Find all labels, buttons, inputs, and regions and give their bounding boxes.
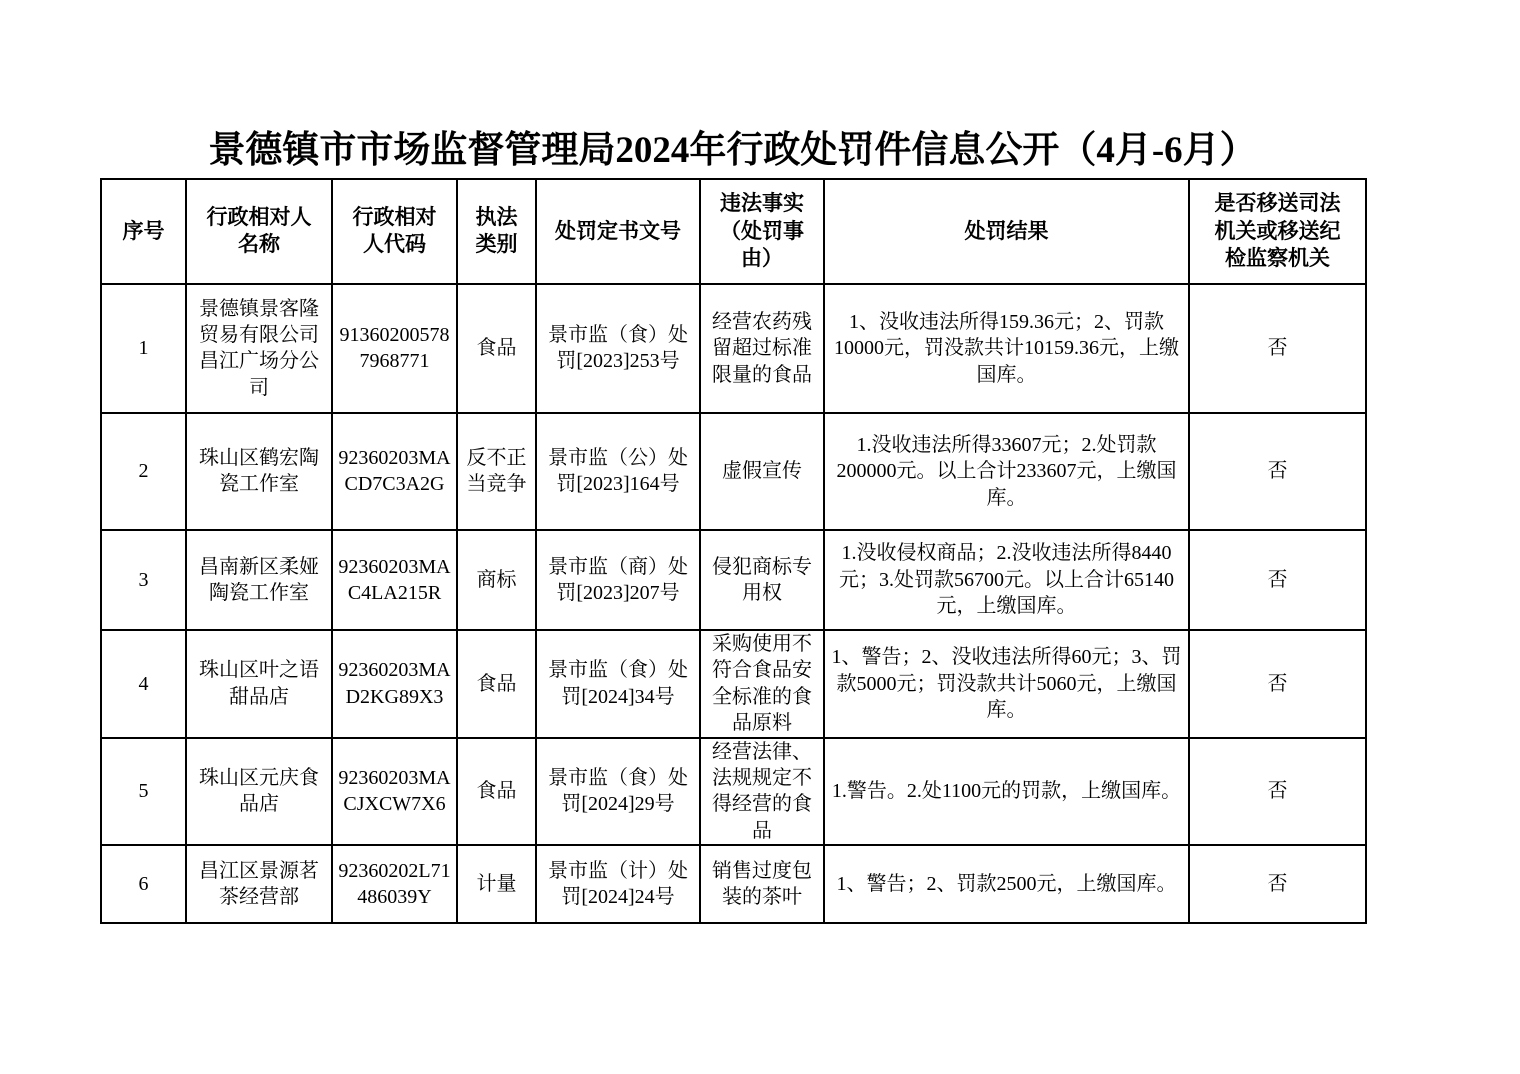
cell-party-code: 92360203MAC4LA215R [332,530,457,630]
cell-party-code: 913602005787968771 [332,284,457,413]
cell-enforcement-category: 食品 [457,284,536,413]
cell-penalty-result: 1.警告。2.处1100元的罚款，上缴国库。 [824,738,1189,846]
header-violation-fact: 违法事实 （处罚事 由） [700,179,824,284]
table-header-row: 序号 行政相对人 名称 行政相对 人代码 执法 类别 处罚定书文号 违法事实 （… [101,179,1366,284]
page-title: 景德镇市市场监督管理局2024年行政处罚件信息公开（4月-6月） [100,126,1365,176]
cell-seq: 3 [101,530,186,630]
cell-enforcement-category: 反不正当竞争 [457,413,536,530]
cell-party-name: 昌江区景源茗茶经营部 [186,845,332,923]
cell-seq: 5 [101,738,186,846]
cell-judicial-transfer: 否 [1189,530,1366,630]
cell-violation-fact: 侵犯商标专用权 [700,530,824,630]
cell-party-code: 92360202L71486039Y [332,845,457,923]
cell-decision-doc-number: 景市监（商）处罚[2023]207号 [536,530,700,630]
cell-violation-fact: 虚假宣传 [700,413,824,530]
cell-violation-fact: 采购使用不符合食品安全标准的食品原料 [700,630,824,738]
cell-penalty-result: 1、警告；2、罚款2500元，上缴国库。 [824,845,1189,923]
header-enforcement-category: 执法 类别 [457,179,536,284]
cell-party-code: 92360203MACJXCW7X6 [332,738,457,846]
cell-party-code: 92360203MACD7C3A2G [332,413,457,530]
cell-seq: 6 [101,845,186,923]
cell-penalty-result: 1.没收违法所得33607元；2.处罚款200000元。以上合计233607元，… [824,413,1189,530]
header-party-name: 行政相对人 名称 [186,179,332,284]
table-row: 1 景德镇景客隆贸易有限公司昌江广场分公司 913602005787968771… [101,284,1366,413]
cell-penalty-result: 1、警告；2、没收违法所得60元；3、罚款5000元；罚没款共计5060元，上缴… [824,630,1189,738]
cell-party-name: 昌南新区柔娅陶瓷工作室 [186,530,332,630]
cell-party-name: 景德镇景客隆贸易有限公司昌江广场分公司 [186,284,332,413]
penalty-table: 序号 行政相对人 名称 行政相对 人代码 执法 类别 处罚定书文号 违法事实 （… [100,178,1367,924]
cell-enforcement-category: 食品 [457,630,536,738]
header-seq: 序号 [101,179,186,284]
cell-seq: 1 [101,284,186,413]
cell-enforcement-category: 计量 [457,845,536,923]
cell-party-name: 珠山区叶之语甜品店 [186,630,332,738]
cell-seq: 4 [101,630,186,738]
cell-party-name: 珠山区元庆食品店 [186,738,332,846]
cell-judicial-transfer: 否 [1189,630,1366,738]
cell-violation-fact: 销售过度包装的茶叶 [700,845,824,923]
cell-judicial-transfer: 否 [1189,738,1366,846]
table-row: 4 珠山区叶之语甜品店 92360203MAD2KG89X3 食品 景市监（食）… [101,630,1366,738]
cell-party-code: 92360203MAD2KG89X3 [332,630,457,738]
cell-decision-doc-number: 景市监（食）处罚[2024]34号 [536,630,700,738]
header-judicial-transfer: 是否移送司法 机关或移送纪 检监察机关 [1189,179,1366,284]
cell-judicial-transfer: 否 [1189,284,1366,413]
document-page: 景德镇市市场监督管理局2024年行政处罚件信息公开（4月-6月） 序号 行政相对… [100,0,1365,924]
cell-violation-fact: 经营农药残留超过标准限量的食品 [700,284,824,413]
cell-seq: 2 [101,413,186,530]
cell-decision-doc-number: 景市监（公）处罚[2023]164号 [536,413,700,530]
cell-judicial-transfer: 否 [1189,413,1366,530]
cell-decision-doc-number: 景市监（食）处罚[2024]29号 [536,738,700,846]
cell-enforcement-category: 商标 [457,530,536,630]
cell-penalty-result: 1.没收侵权商品；2.没收违法所得8440元；3.处罚款56700元。以上合计6… [824,530,1189,630]
table-row: 6 昌江区景源茗茶经营部 92360202L71486039Y 计量 景市监（计… [101,845,1366,923]
table-row: 2 珠山区鹤宏陶瓷工作室 92360203MACD7C3A2G 反不正当竞争 景… [101,413,1366,530]
table-row: 5 珠山区元庆食品店 92360203MACJXCW7X6 食品 景市监（食）处… [101,738,1366,846]
cell-penalty-result: 1、没收违法所得159.36元；2、罚款10000元，罚没款共计10159.36… [824,284,1189,413]
cell-enforcement-category: 食品 [457,738,536,846]
table-row: 3 昌南新区柔娅陶瓷工作室 92360203MAC4LA215R 商标 景市监（… [101,530,1366,630]
header-party-code: 行政相对 人代码 [332,179,457,284]
cell-violation-fact: 经营法律、法规规定不得经营的食品 [700,738,824,846]
header-decision-doc-number: 处罚定书文号 [536,179,700,284]
cell-party-name: 珠山区鹤宏陶瓷工作室 [186,413,332,530]
header-penalty-result: 处罚结果 [824,179,1189,284]
cell-judicial-transfer: 否 [1189,845,1366,923]
cell-decision-doc-number: 景市监（计）处罚[2024]24号 [536,845,700,923]
cell-decision-doc-number: 景市监（食）处罚[2023]253号 [536,284,700,413]
